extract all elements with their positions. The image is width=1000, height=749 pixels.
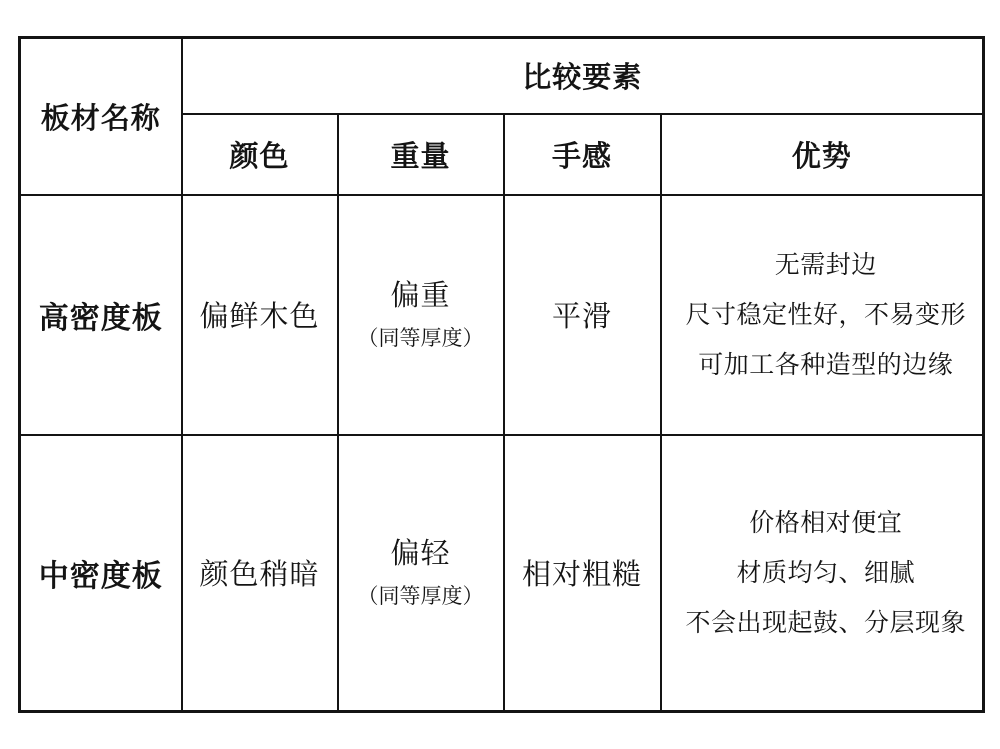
cell-weight-high-density: 偏重 （同等厚度）	[338, 195, 504, 435]
advantage-line: 可加工各种造型的边缘	[678, 340, 975, 390]
header-color: 颜色	[182, 114, 338, 195]
advantage-line: 价格相对便宜	[678, 498, 975, 548]
board-comparison-table: 板材名称 比较要素 颜色 重量 手感 优势 高密度板 偏鲜木色 偏重 （同等厚度…	[18, 36, 985, 713]
cell-color-high-density: 偏鲜木色	[182, 195, 338, 435]
cell-weight-medium-density: 偏轻 （同等厚度）	[338, 435, 504, 712]
page-background: 板材名称 比较要素 颜色 重量 手感 优势 高密度板 偏鲜木色 偏重 （同等厚度…	[0, 0, 1000, 749]
header-weight: 重量	[338, 114, 504, 195]
table-row-medium-density: 中密度板 颜色稍暗 偏轻 （同等厚度） 相对粗糙 价格相对便宜 材质均匀、细腻 …	[20, 435, 984, 712]
cell-color-medium-density: 颜色稍暗	[182, 435, 338, 712]
row-name-high-density: 高密度板	[20, 195, 182, 435]
weight-note: （同等厚度）	[339, 326, 503, 351]
row-name-medium-density: 中密度板	[20, 435, 182, 712]
header-feel: 手感	[504, 114, 661, 195]
cell-feel-high-density: 平滑	[504, 195, 661, 435]
cell-advantages-high-density: 无需封边 尺寸稳定性好，不易变形 可加工各种造型的边缘	[661, 195, 984, 435]
header-compare-factors: 比较要素	[182, 38, 984, 114]
cell-advantages-medium-density: 价格相对便宜 材质均匀、细腻 不会出现起鼓、分层现象	[661, 435, 984, 712]
header-advantage: 优势	[661, 114, 984, 195]
header-row-group: 板材名称 比较要素	[20, 38, 984, 114]
weight-note: （同等厚度）	[339, 584, 503, 609]
advantage-line: 材质均匀、细腻	[678, 548, 975, 598]
advantage-line: 尺寸稳定性好，不易变形	[678, 290, 975, 340]
weight-value: 偏轻	[339, 536, 503, 574]
advantage-line: 无需封边	[678, 240, 975, 290]
cell-feel-medium-density: 相对粗糙	[504, 435, 661, 712]
header-board-name: 板材名称	[20, 38, 182, 195]
advantage-line: 不会出现起鼓、分层现象	[678, 598, 975, 648]
table-row-high-density: 高密度板 偏鲜木色 偏重 （同等厚度） 平滑 无需封边 尺寸稳定性好，不易变形 …	[20, 195, 984, 435]
weight-value: 偏重	[339, 278, 503, 316]
